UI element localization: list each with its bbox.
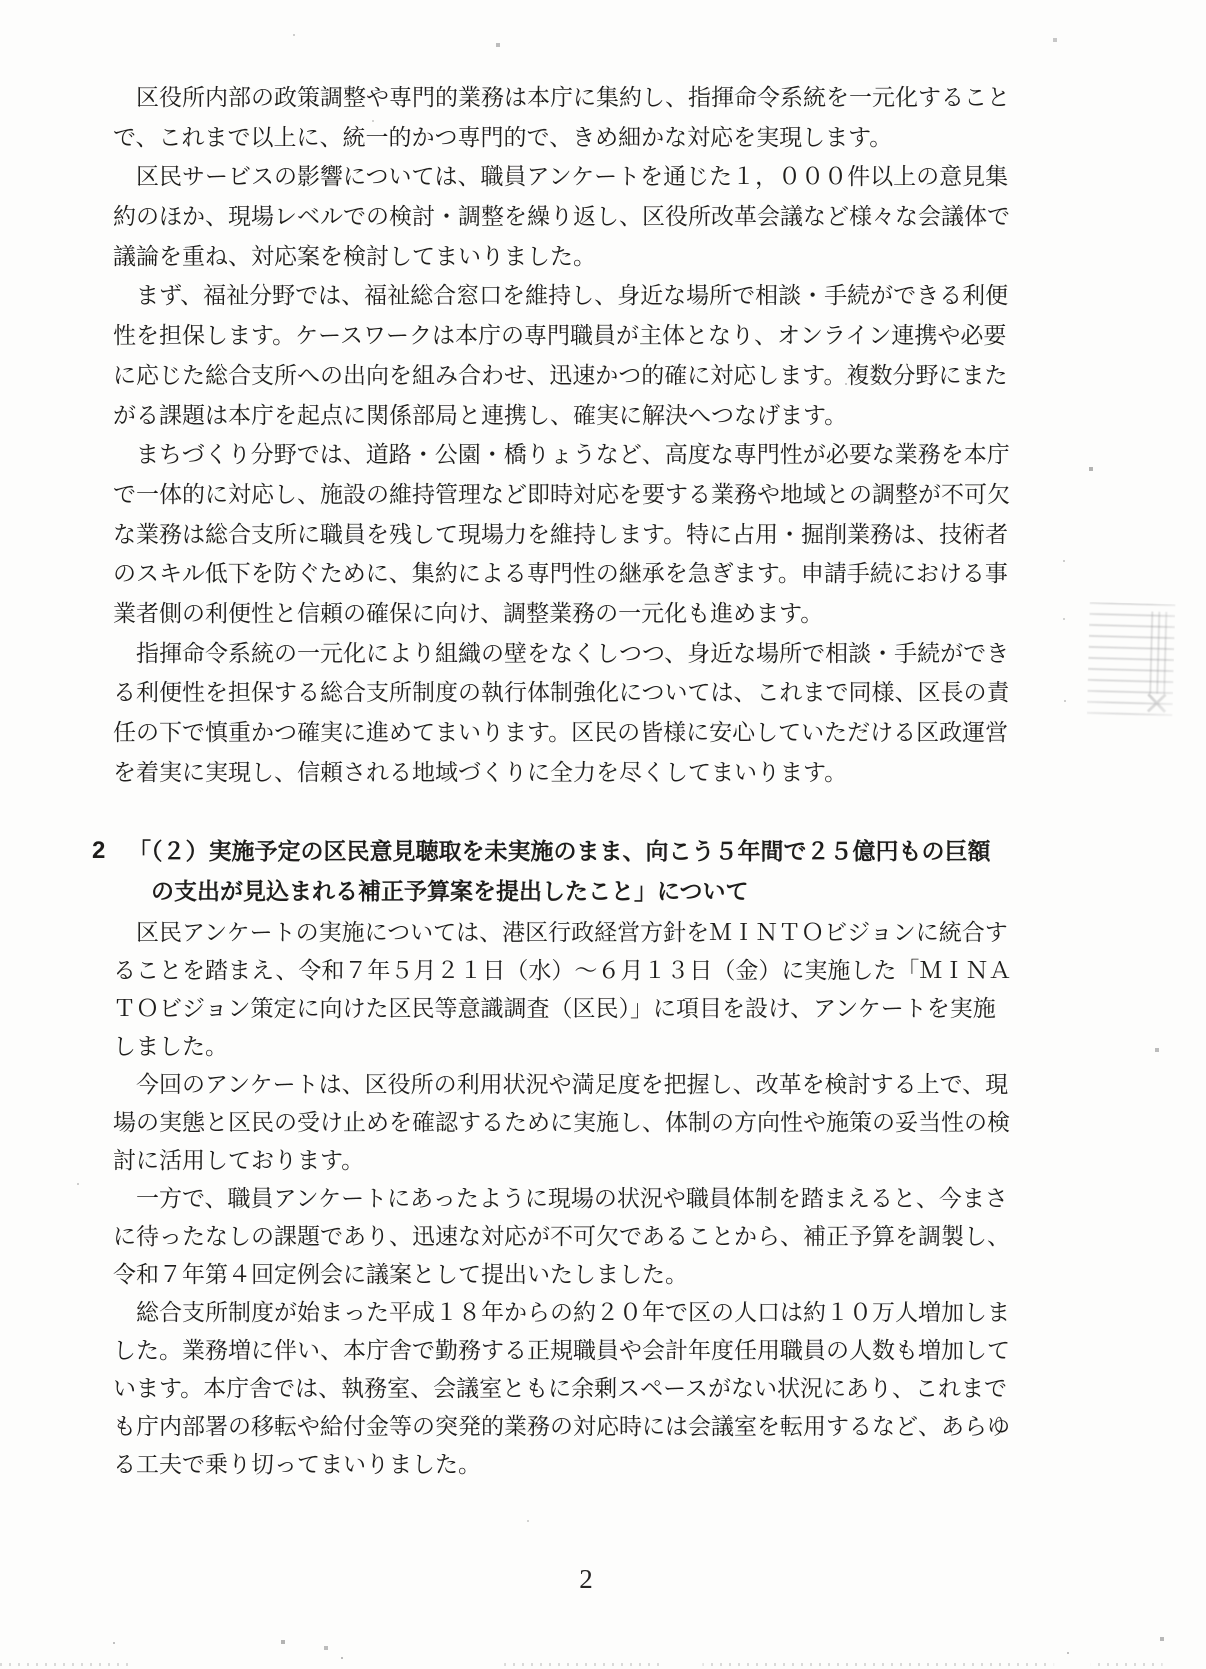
section-number: 2 bbox=[92, 831, 128, 911]
text-line: 性を担保します。ケースワークは本庁の専門職員が主体となり、オンライン連携や必要 bbox=[113, 316, 1015, 356]
heading-line: の支出が見込まれる補正予算案を提出したこと」について bbox=[128, 871, 1015, 911]
text-line: 業者側の利便性と信頼の確保に向け、調整業務の一元化も進めます。 bbox=[113, 594, 1015, 634]
text-line: 討に活用しております。 bbox=[113, 1142, 1015, 1180]
text-line: まちづくり分野では、道路・公園・橋りょうなど、高度な専門性が必要な業務を本庁 bbox=[113, 435, 1015, 475]
paragraph: 区民アンケートの実施については、港区行政経営方針をＭＩＮＴＯビジョンに統合す る… bbox=[113, 914, 1015, 1066]
document-body: 区役所内部の政策調整や専門的業務は本庁に集約し、指揮命令系統を一元化すること で… bbox=[113, 78, 1015, 1484]
text-line: しました。 bbox=[113, 1028, 1015, 1066]
text-line: る利便性を担保する総合支所制度の執行体制強化については、これまで同様、区長の責 bbox=[113, 673, 1015, 713]
page-number: 2 bbox=[531, 1563, 641, 1595]
text-line: に待ったなしの課題であり、迅速な対応が不可欠であることから、補正予算を調製し、 bbox=[113, 1218, 1015, 1256]
text-line: した。業務増に伴い、本庁舎で勤務する正規職員や会計年度任用職員の人数も増加して bbox=[113, 1332, 1015, 1370]
text-line: 区役所内部の政策調整や専門的業務は本庁に集約し、指揮命令系統を一元化すること bbox=[113, 78, 1015, 118]
text-line: ることを踏まえ、令和７年５月２１日（水）～６月１３日（金）に実施した「ＭＩＮＡ bbox=[113, 952, 1015, 990]
paragraph: 総合支所制度が始まった平成１８年からの約２０年で区の人口は約１０万人増加しま し… bbox=[113, 1294, 1015, 1484]
text-line: に応じた総合支所への出向を組み合わせ、迅速かつ的確に対応します。複数分野にまた bbox=[113, 356, 1015, 396]
text-line: まず、福祉分野では、福祉総合窓口を維持し、身近な場所で相談・手続ができる利便 bbox=[113, 276, 1015, 316]
scanned-document-page: 区役所内部の政策調整や専門的業務は本庁に集約し、指揮命令系統を一元化すること で… bbox=[0, 0, 1206, 1669]
section-body: 区民アンケートの実施については、港区行政経営方針をＭＩＮＴＯビジョンに統合す る… bbox=[113, 914, 1015, 1484]
faint-stamp-mark bbox=[1086, 602, 1175, 724]
scan-speck-artifacts bbox=[0, 0, 2, 2]
text-line: 一方で、職員アンケートにあったように現場の状況や職員体制を踏まえると、今まさ bbox=[113, 1180, 1015, 1218]
paragraph: 今回のアンケートは、区役所の利用状況や満足度を把握し、改革を検討する上で、現 場… bbox=[113, 1066, 1015, 1180]
paragraph: 区民サービスの影響については、職員アンケートを通じた１，０００件以上の意見集 約… bbox=[113, 157, 1015, 276]
text-line: も庁内部署の移転や給付金等の突発的業務の対応時には会議室を転用するなど、あらゆ bbox=[113, 1408, 1015, 1446]
heading-line: 「（２）実施予定の区民意見聴取を未実施のまま、向こう５年間で２５億円もの巨額 bbox=[128, 831, 1015, 871]
text-line: 区民アンケートの実施については、港区行政経営方針をＭＩＮＴＯビジョンに統合す bbox=[113, 914, 1015, 952]
section-heading-text: 「（２）実施予定の区民意見聴取を未実施のまま、向こう５年間で２５億円もの巨額 の… bbox=[128, 831, 1015, 911]
text-line: ＴＯビジョン策定に向けた区民等意識調査（区民）」に項目を設け、アンケートを実施 bbox=[113, 990, 1015, 1028]
text-line: 総合支所制度が始まった平成１８年からの約２０年で区の人口は約１０万人増加しま bbox=[113, 1294, 1015, 1332]
text-line: で、これまで以上に、統一的かつ専門的で、きめ細かな対応を実現します。 bbox=[113, 118, 1015, 158]
text-line: います。本庁舎では、執務室、会議室ともに余剰スペースがない状況にあり、これまで bbox=[113, 1370, 1015, 1408]
text-line: で一体的に対応し、施設の維持管理など即時対応を要する業務や地域との調整が不可欠 bbox=[113, 475, 1015, 515]
text-line: 今回のアンケートは、区役所の利用状況や満足度を把握し、改革を検討する上で、現 bbox=[113, 1066, 1015, 1104]
text-line: を着実に実現し、信頼される地域づくりに全力を尽くしてまいります。 bbox=[113, 753, 1015, 793]
paragraph: 一方で、職員アンケートにあったように現場の状況や職員体制を踏まえると、今まさ に… bbox=[113, 1180, 1015, 1294]
section-heading: 2 「（２）実施予定の区民意見聴取を未実施のまま、向こう５年間で２５億円もの巨額… bbox=[92, 831, 1015, 911]
paragraph: まちづくり分野では、道路・公園・橋りょうなど、高度な専門性が必要な業務を本庁 で… bbox=[113, 435, 1015, 633]
text-line: 議論を重ね、対応案を検討してまいりました。 bbox=[113, 237, 1015, 277]
text-line: 約のほか、現場レベルでの検討・調整を繰り返し、区役所改革会議など様々な会議体で bbox=[113, 197, 1015, 237]
text-line: る工夫で乗り切ってまいりました。 bbox=[113, 1446, 1015, 1484]
text-line: な業務は総合支所に職員を残して現場力を維持します。特に占用・掘削業務は、技術者 bbox=[113, 515, 1015, 555]
text-line: 令和７年第４回定例会に議案として提出いたしました。 bbox=[113, 1256, 1015, 1294]
paragraph: 指揮命令系統の一元化により組織の壁をなくしつつ、身近な場所で相談・手続ができ る… bbox=[113, 634, 1015, 793]
text-line: 場の実態と区民の受け止めを確認するために実施し、体制の方向性や施策の妥当性の検 bbox=[113, 1104, 1015, 1142]
text-line: のスキル低下を防ぐために、集約による専門性の継承を急ぎます。申請手続における事 bbox=[113, 554, 1015, 594]
paragraph: 区役所内部の政策調整や専門的業務は本庁に集約し、指揮命令系統を一元化すること で… bbox=[113, 78, 1015, 157]
text-line: 指揮命令系統の一元化により組織の壁をなくしつつ、身近な場所で相談・手続ができ bbox=[113, 634, 1015, 674]
bottom-edge-scan-noise bbox=[0, 1663, 1206, 1666]
text-line: がる課題は本庁を起点に関係部局と連携し、確実に解決へつなげます。 bbox=[113, 396, 1015, 436]
text-line: 任の下で慎重かつ確実に進めてまいります。区民の皆様に安心していただける区政運営 bbox=[113, 713, 1015, 753]
text-line: 区民サービスの影響については、職員アンケートを通じた１，０００件以上の意見集 bbox=[113, 157, 1015, 197]
paragraph: まず、福祉分野では、福祉総合窓口を維持し、身近な場所で相談・手続ができる利便 性… bbox=[113, 276, 1015, 435]
